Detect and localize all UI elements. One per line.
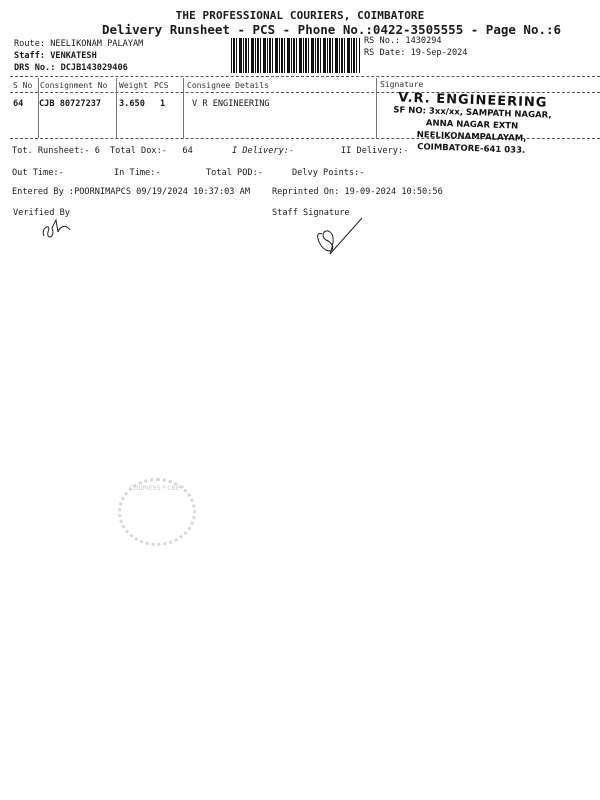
reprinted-on: Reprinted On: 19-09-2024 10:50:56	[272, 187, 443, 197]
out-time: Out Time:-	[12, 168, 64, 178]
col-header-sno: S No	[13, 81, 32, 90]
col-header-pcs: PCS	[154, 81, 168, 90]
barcode-image	[231, 38, 360, 73]
seal-text: COURIERS * CBE *	[121, 485, 193, 492]
cell-consignee: V R ENGINEERING	[192, 99, 270, 109]
col-header-consignment: Consignment No	[40, 81, 107, 90]
rs-date: RS Date: 19-Sep-2024	[364, 48, 467, 58]
runsheet-subtitle: Delivery Runsheet - PCS - Phone No.:0422…	[102, 22, 561, 37]
rs-number: RS No.: 1430294	[364, 36, 442, 46]
total-dox: Total Dox:- 64	[110, 146, 193, 156]
table-top-rule	[10, 76, 600, 77]
entered-by: Entered By :POORNIMAPCS 09/19/2024 10:37…	[12, 187, 250, 197]
col-header-consignee: Consignee Details	[187, 81, 269, 90]
column-divider	[116, 78, 117, 138]
cell-consignment-no: CJB 80727237	[39, 99, 101, 109]
cell-sno: 64	[13, 99, 23, 109]
column-divider	[183, 78, 184, 138]
staff-label: Staff: VENKATESH	[14, 51, 97, 61]
ii-delivery: II Delivery:-	[341, 146, 408, 156]
company-title: THE PROFESSIONAL COURIERS, COIMBATORE	[0, 9, 600, 22]
in-time: In Time:-	[114, 168, 161, 178]
office-seal-icon: COURIERS * CBE *	[118, 478, 196, 546]
route-label: Route: NEELIKONAM PALAYAM	[14, 39, 143, 49]
table-header-rule	[10, 92, 600, 93]
col-header-signature: Signature	[380, 80, 423, 89]
cell-weight: 3.650	[119, 99, 145, 109]
total-runsheet: Tot. Runsheet:- 6	[12, 146, 100, 156]
staff-signature-icon	[310, 216, 370, 258]
col-header-weight: Weight	[119, 81, 148, 90]
verifier-signature-icon	[38, 214, 78, 244]
total-pod: Total POD:-	[206, 168, 263, 178]
cell-pcs: 1	[160, 99, 165, 109]
i-delivery: I Delivery:-	[232, 146, 294, 156]
delivery-points: Delvy Points:-	[292, 168, 364, 178]
drs-number: DRS No.: DCJB143029406	[14, 63, 128, 73]
